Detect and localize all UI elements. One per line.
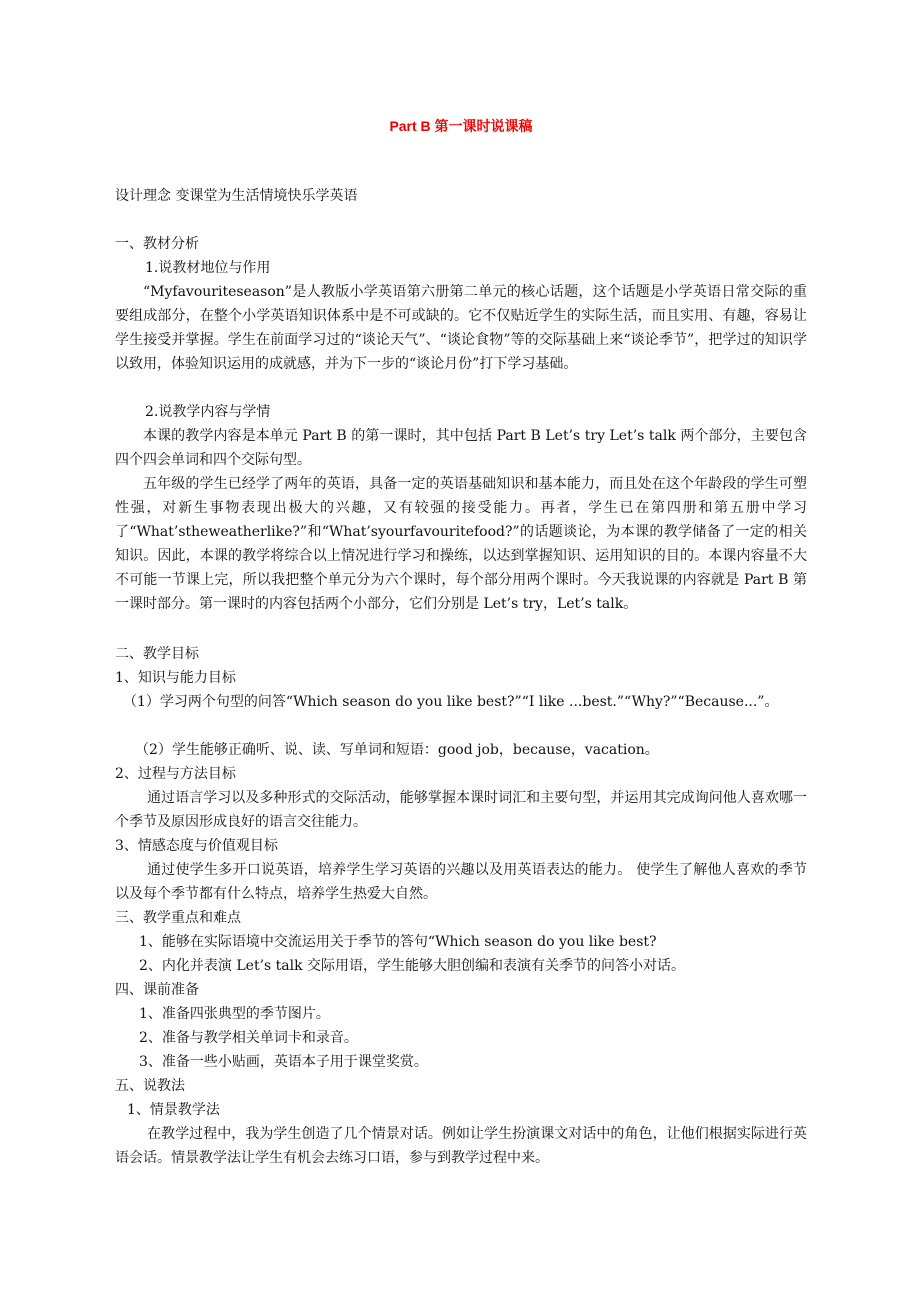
paragraph: 通过使学生多开口说英语，培养学生学习英语的兴趣以及用英语表达的能力。 使学生了解… <box>115 858 807 906</box>
design-concept: 设计理念 变课堂为生活情境快乐学英语 <box>115 184 357 208</box>
subheading-1-2: 2.说教学内容与学情 <box>145 400 270 424</box>
section-heading-1: 一、教材分析 <box>115 232 199 256</box>
list-item: （1）学习两个句型的问答“Which season do you like be… <box>115 690 807 714</box>
document-title: Part B 第一课时说课稿 <box>115 116 807 136</box>
paragraph: 五年级的学生已经学了两年的英语，具备一定的英语基础知识和基本能力，而且处在这个年… <box>115 472 807 616</box>
subheading-2-3: 3、情感态度与价值观目标 <box>115 834 278 858</box>
paragraph: “Myfavouriteseason”是人教版小学英语第六册第二单元的核心话题，… <box>115 280 807 376</box>
list-item: 1、能够在实际语境中交流运用关于季节的答句“Which season do yo… <box>139 930 657 954</box>
paragraph: 在教学过程中，我为学生创造了几个情景对话。例如让学生扮演课文对话中的角色，让他们… <box>115 1122 807 1170</box>
paragraph: 本课的教学内容是本单元 Part B 的第一课时，其中包括 Part B Let… <box>115 424 807 472</box>
subheading-2-2: 2、过程与方法目标 <box>115 762 236 786</box>
list-item: （2）学生能够正确听、说、读、写单词和短语：good job，because，v… <box>135 738 659 762</box>
list-item: 2、内化并表演 Let’s talk 交际用语，学生能够大胆创编和表演有关季节的… <box>139 954 685 978</box>
list-item: 2、准备与教学相关单词卡和录音。 <box>139 1026 358 1050</box>
paragraph: 通过语言学习以及多种形式的交际活动，能够掌握本课时词汇和主要句型，并运用其完成询… <box>115 786 807 834</box>
list-item: 1、准备四张典型的季节图片。 <box>139 1002 330 1026</box>
section-heading-2: 二、教学目标 <box>115 642 199 666</box>
subheading-5-1: 1、情景教学法 <box>127 1098 220 1122</box>
section-heading-5: 五、说教法 <box>115 1074 185 1098</box>
section-heading-4: 四、课前准备 <box>115 978 199 1002</box>
subheading-1-1: 1.说教材地位与作用 <box>145 256 270 280</box>
subheading-2-1: 1、知识与能力目标 <box>115 666 236 690</box>
section-heading-3: 三、教学重点和难点 <box>115 906 241 930</box>
list-item: 3、准备一些小贴画，英语本子用于课堂奖赏。 <box>139 1050 428 1074</box>
